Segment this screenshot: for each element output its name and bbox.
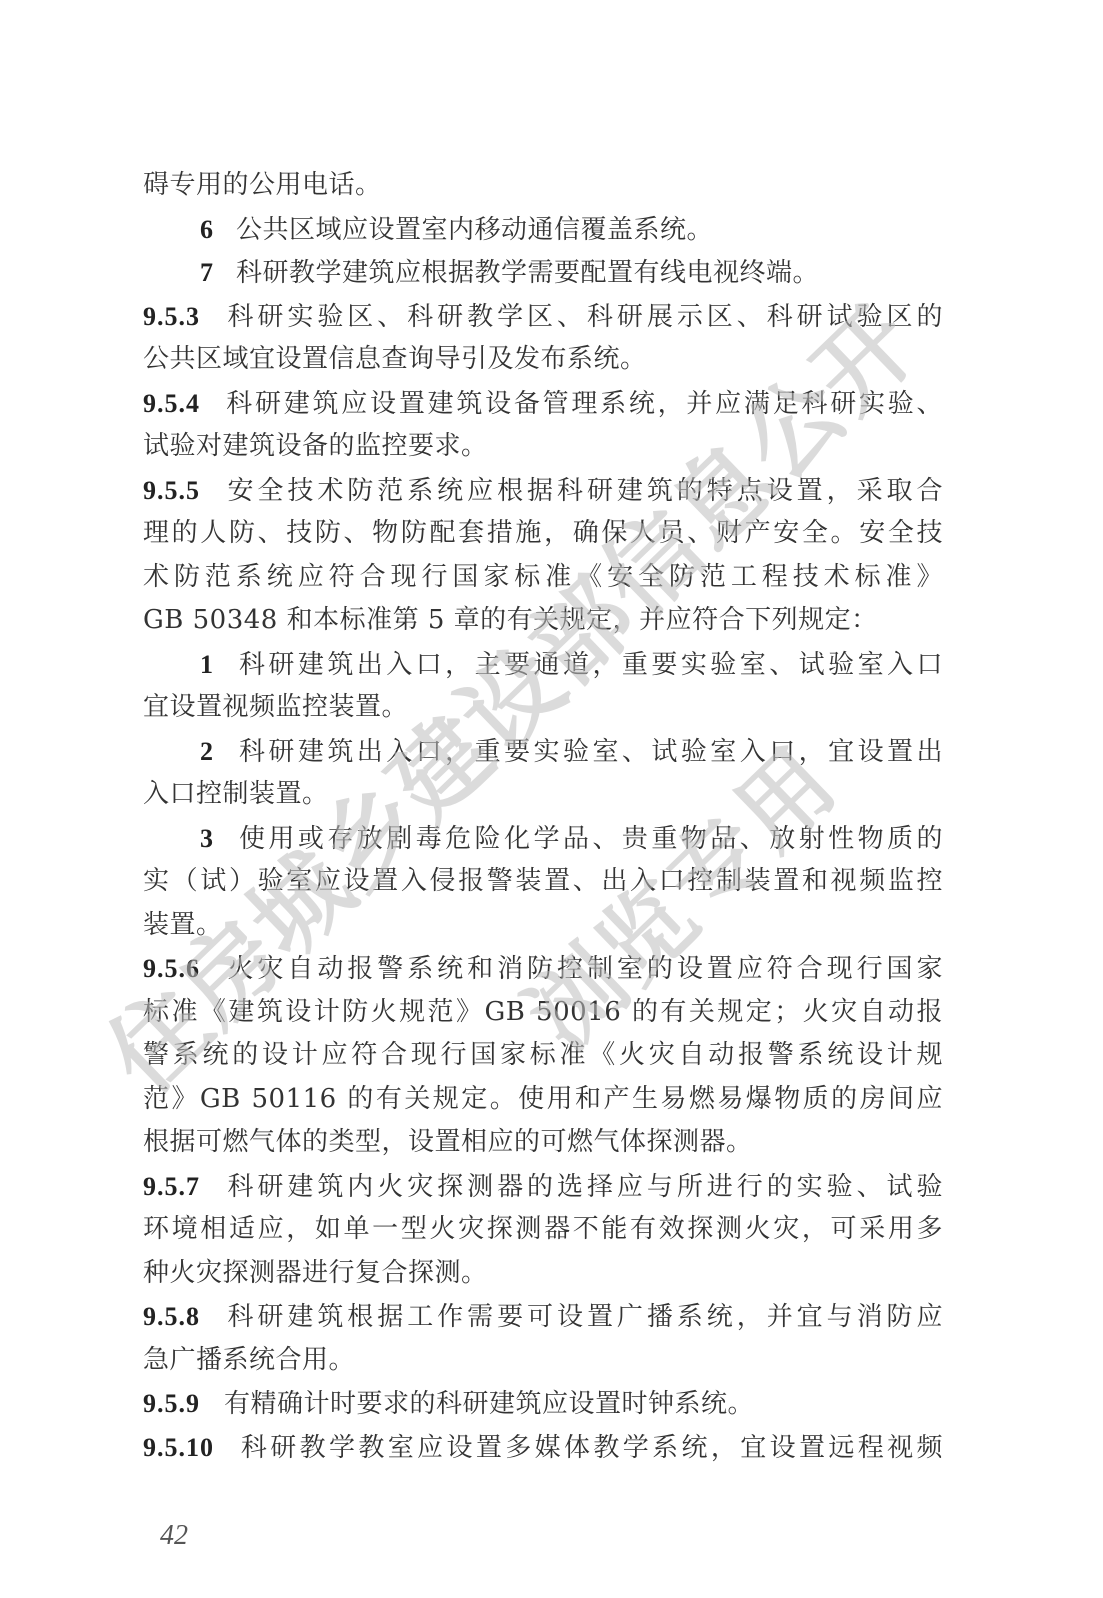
line-text: 装置。: [143, 910, 223, 940]
item-number: 2: [200, 737, 214, 766]
text-line: 范》GB 50116 的有关规定。使用和产生易燃易爆物质的房间应: [143, 1078, 943, 1122]
line-text: 科研建筑应设置建筑设备管理系统，并应满足科研实验、: [224, 389, 943, 419]
line-text: GB 50348 和本标准第 5 章的有关规定，并应符合下列规定：: [143, 605, 878, 635]
text-line: 环境相适应，如单一型火灾探测器不能有效探测火灾，可采用多: [143, 1208, 943, 1252]
text-line: GB 50348 和本标准第 5 章的有关规定，并应符合下列规定：: [143, 599, 943, 643]
clause-number: 9.5.3: [143, 302, 200, 331]
clause-number: 9.5.5: [143, 476, 200, 505]
text-line: 碍专用的公用电话。: [143, 164, 943, 208]
text-line: 种火灾探测器进行复合探测。: [143, 1252, 943, 1296]
text-line: 术防范系统应符合现行国家标准《安全防范工程技术标准》: [143, 556, 943, 600]
text-line: 实（试）验室应设置入侵报警装置、出入口控制装置和视频监控: [143, 860, 943, 904]
text-line: 标准《建筑设计防火规范》GB 50016 的有关规定；火灾自动报: [143, 991, 943, 1035]
list-item-line: 7科研教学建筑应根据教学需要配置有线电视终端。: [143, 251, 943, 295]
page-number: 42: [160, 1520, 188, 1552]
clause-number: 9.5.4: [143, 389, 200, 418]
clause-line: 9.5.6火灾自动报警系统和消防控制室的设置应符合现行国家: [143, 947, 943, 991]
clause-number: 9.5.7: [143, 1172, 200, 1201]
text-line: 急广播系统合用。: [143, 1339, 943, 1383]
line-text: 入口控制装置。: [143, 779, 329, 809]
line-text: 火灾自动报警系统和消防控制室的设置应符合现行国家: [224, 954, 943, 984]
line-text: 环境相适应，如单一型火灾探测器不能有效探测火灾，可采用多: [143, 1214, 943, 1244]
line-text: 科研建筑根据工作需要可设置广播系统，并宜与消防应: [224, 1302, 943, 1332]
clause-line: 9.5.5安全技术防范系统应根据科研建筑的特点设置，采取合: [143, 469, 943, 513]
line-text: 使用或存放剧毒危险化学品、贵重物品、放射性物质的: [236, 824, 943, 854]
clause-number: 9.5.8: [143, 1302, 200, 1331]
text-line: 宜设置视频监控装置。: [143, 686, 943, 730]
line-text: 标准《建筑设计防火规范》GB 50016 的有关规定；火灾自动报: [143, 997, 943, 1027]
line-text: 种火灾探测器进行复合探测。: [143, 1258, 488, 1288]
clause-number: 9.5.9: [143, 1389, 200, 1418]
item-number: 6: [200, 215, 214, 244]
line-text: 科研建筑出入口，主要通道，重要实验室、试验室入口: [236, 650, 943, 680]
line-text: 安全技术防范系统应根据科研建筑的特点设置，采取合: [224, 476, 943, 506]
line-text: 碍专用的公用电话。: [143, 170, 382, 200]
line-text: 科研实验区、科研教学区、科研展示区、科研试验区的: [224, 302, 943, 332]
line-text: 实（试）验室应设置入侵报警装置、出入口控制装置和视频监控: [143, 866, 943, 896]
line-text: 科研教学建筑应根据教学需要配置有线电视终端。: [236, 258, 819, 288]
list-item-line: 3使用或存放剧毒危险化学品、贵重物品、放射性物质的: [143, 817, 943, 861]
clause-line: 9.5.4科研建筑应设置建筑设备管理系统，并应满足科研实验、: [143, 382, 943, 426]
clause-number: 9.5.10: [143, 1433, 214, 1462]
clause-line: 9.5.9有精确计时要求的科研建筑应设置时钟系统。: [143, 1382, 943, 1426]
text-line: 装置。: [143, 904, 943, 948]
line-text: 宜设置视频监控装置。: [143, 692, 408, 722]
line-text: 科研教学教室应设置多媒体教学系统，宜设置远程视频: [238, 1433, 943, 1463]
line-text: 术防范系统应符合现行国家标准《安全防范工程技术标准》: [143, 562, 943, 592]
item-number: 1: [200, 650, 214, 679]
text-line: 根据可燃气体的类型，设置相应的可燃气体探测器。: [143, 1121, 943, 1165]
document-page: 碍专用的公用电话。6公共区域应设置室内移动通信覆盖系统。7科研教学建筑应根据教学…: [0, 0, 1103, 1598]
line-text: 公共区域应设置室内移动通信覆盖系统。: [236, 215, 713, 245]
item-number: 3: [200, 824, 214, 853]
text-line: 试验对建筑设备的监控要求。: [143, 425, 943, 469]
clause-line: 9.5.10科研教学教室应设置多媒体教学系统，宜设置远程视频: [143, 1426, 943, 1470]
body-text: 碍专用的公用电话。6公共区域应设置室内移动通信覆盖系统。7科研教学建筑应根据教学…: [143, 164, 943, 1469]
line-text: 急广播系统合用。: [143, 1345, 355, 1375]
line-text: 公共区域宜设置信息查询导引及发布系统。: [143, 344, 647, 374]
line-text: 试验对建筑设备的监控要求。: [143, 431, 488, 461]
text-line: 公共区域宜设置信息查询导引及发布系统。: [143, 338, 943, 382]
text-line: 入口控制装置。: [143, 773, 943, 817]
clause-number: 9.5.6: [143, 954, 200, 983]
list-item-line: 2科研建筑出入口，重要实验室、试验室入口，宜设置出: [143, 730, 943, 774]
line-text: 警系统的设计应符合现行国家标准《火灾自动报警系统设计规: [143, 1040, 943, 1070]
line-text: 根据可燃气体的类型，设置相应的可燃气体探测器。: [143, 1127, 753, 1157]
line-text: 科研建筑内火灾探测器的选择应与所进行的实验、试验: [224, 1172, 943, 1202]
text-line: 警系统的设计应符合现行国家标准《火灾自动报警系统设计规: [143, 1034, 943, 1078]
clause-line: 9.5.8科研建筑根据工作需要可设置广播系统，并宜与消防应: [143, 1295, 943, 1339]
clause-line: 9.5.3科研实验区、科研教学区、科研展示区、科研试验区的: [143, 295, 943, 339]
line-text: 有精确计时要求的科研建筑应设置时钟系统。: [224, 1389, 754, 1419]
list-item-line: 1科研建筑出入口，主要通道，重要实验室、试验室入口: [143, 643, 943, 687]
clause-line: 9.5.7科研建筑内火灾探测器的选择应与所进行的实验、试验: [143, 1165, 943, 1209]
text-line: 理的人防、技防、物防配套措施，确保人员、财产安全。安全技: [143, 512, 943, 556]
list-item-line: 6公共区域应设置室内移动通信覆盖系统。: [143, 208, 943, 252]
line-text: 范》GB 50116 的有关规定。使用和产生易燃易爆物质的房间应: [143, 1084, 943, 1114]
line-text: 理的人防、技防、物防配套措施，确保人员、财产安全。安全技: [143, 518, 943, 548]
item-number: 7: [200, 258, 214, 287]
line-text: 科研建筑出入口，重要实验室、试验室入口，宜设置出: [236, 737, 943, 767]
